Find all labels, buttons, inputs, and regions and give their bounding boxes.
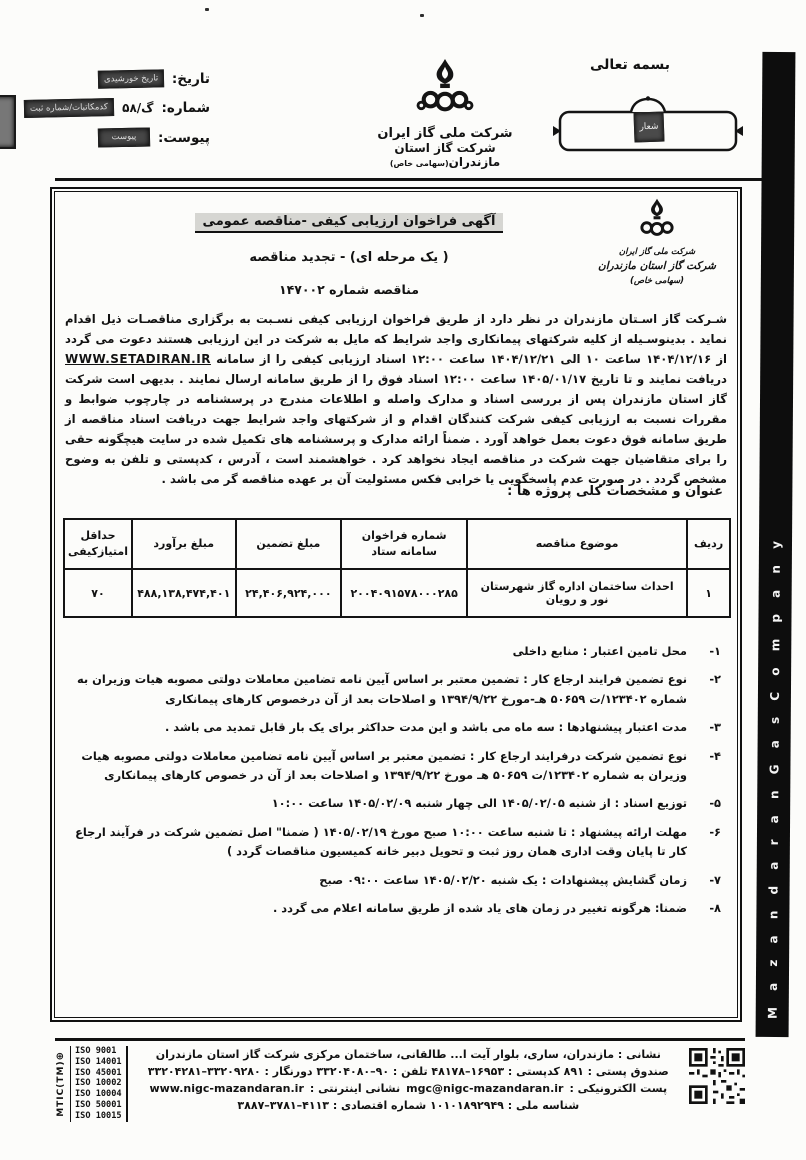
cell-min-score: ۷۰ [64, 569, 132, 617]
iso-item: ISO 14001 [75, 1057, 122, 1068]
header-fields: تاریخ: تاریخ خورشیدی شماره: گ/۵۸ کدمکاتب… [10, 70, 210, 158]
web-label: نشانی اینترنتی : [310, 1080, 400, 1097]
bismillah-text: بسمه تعالی [560, 57, 700, 73]
cell-estimate-amount: ۴۸۸,۱۳۸,۴۷۴,۴۰۱ [132, 569, 236, 617]
table-header-row: ردیف موضوع مناقصه شماره فراخوان سامانه س… [64, 519, 730, 569]
date-row: تاریخ: تاریخ خورشیدی [10, 70, 210, 88]
notice-body-paragraph: شـرکت گاز اسـتان مازندران در نظر دارد از… [65, 310, 727, 490]
footer-address: نشانی : مازندران، ساری، بلوار آیت ا... ط… [136, 1046, 681, 1063]
number-value: گ/۵۸ [122, 101, 153, 115]
number-row: شماره: گ/۵۸ کدمکاتبات/شماره ثبت [10, 99, 210, 117]
email-address: mgc@nigc-mazandaran.ir [406, 1080, 563, 1097]
iso-item: ISO 10015 [75, 1111, 122, 1122]
body-text-after-url: دریافت نمایند و تا تاریخ ۱۴۰۵/۰۱/۱۷ ساعت… [65, 372, 727, 486]
term-item-6: ۶-مهلت ارائه پیشنهاد : تا شنبه ساعت ۱۰:۰… [65, 823, 729, 862]
setadiran-url: WWW.SETADIRAN.IR [65, 352, 211, 366]
attachment-label: پیوست: [158, 130, 210, 146]
notice-subtitle: ( یک مرحله ای) - تجدید مناقصه [69, 250, 629, 265]
date-label: تاریخ: [172, 71, 210, 87]
footer-ids: شناسه ملی : ۱۰۱۰۱۸۹۲۹۴۹ شماره اقتصادی : … [136, 1097, 681, 1114]
iso-item: ISO 50001 [75, 1100, 122, 1111]
term-item-7: ۷-زمان گشایش پیشنهادات : یک شنبه ۱۴۰۵/۰۲… [65, 871, 729, 890]
nigc-flame-logo-small-icon [636, 198, 678, 242]
footer-contact-block: نشانی : مازندران، ساری، بلوار آیت ا... ط… [136, 1046, 681, 1114]
term-item-8: ۸-ضمنا: هرگونه تغییر در زمان های یاد شده… [65, 899, 729, 918]
col-subject: موضوع مناقصه [467, 519, 687, 569]
company-logo-block: شرکت ملی گاز ایران شرکت گاز استان مازندر… [360, 58, 530, 169]
col-setad-number: شماره فراخوان سامانه ستاد [341, 519, 467, 569]
iso-item: ISO 9001 [75, 1046, 122, 1057]
header-divider [55, 178, 762, 181]
scan-speck [205, 8, 209, 11]
web-address: www.nigc-mazandaran.ir [149, 1080, 303, 1097]
certifications-block: MTIC(TM)⊕ ISO 9001 ISO 14001 ISO 45001 I… [55, 1046, 128, 1122]
footer: MTIC(TM)⊕ ISO 9001 ISO 14001 ISO 45001 I… [55, 1038, 745, 1122]
date-stamp: تاریخ خورشیدی [98, 69, 165, 88]
scanned-tender-document: بسمه تعالی شعار شرکت ملی گاز ایران شرکت … [0, 0, 806, 1160]
scan-speck [420, 14, 424, 17]
slogan-cartouche: شعار [553, 96, 743, 158]
term-item-1: ۱-محل تامین اعتبار : منابع داخلی [65, 642, 729, 661]
cell-guarantee-amount: ۲۴,۴۰۶,۹۲۴,۰۰۰ [236, 569, 342, 617]
email-label: پست الکترونیکی : [569, 1080, 667, 1097]
qr-code [689, 1048, 745, 1104]
term-item-3: ۳-مدت اعتبار پیشنهادها : سه ماه می باشد … [65, 718, 729, 737]
cell-row-number: ۱ [687, 569, 730, 617]
projects-table: ردیف موضوع مناقصه شماره فراخوان سامانه س… [63, 518, 731, 618]
scan-edge-band: M a z a n d a r a n G a s C o m p a n y [756, 52, 796, 1037]
iso-item: ISO 45001 [75, 1068, 122, 1079]
attachment-stamp: پیوست [98, 127, 150, 147]
term-item-5: ۵-توزیع اسناد : از شنبه ۱۴۰۵/۰۲/۰۵ الی چ… [65, 794, 729, 813]
cell-subject: احداث ساختمان اداره گاز شهرستان نور و رو… [467, 569, 687, 617]
notice-box-inner: شرکت ملی گاز ایران شرکت گاز استان مازندر… [54, 191, 738, 1018]
number-label: شماره: [161, 100, 210, 116]
edge-registry-stamp [0, 95, 16, 149]
notice-titles: آگهی فراخوان ارزیابی کیفی -مناقصه عمومی … [69, 210, 629, 297]
notice-title: آگهی فراخوان ارزیابی کیفی -مناقصه عمومی [195, 213, 504, 233]
projects-table-wrap: ردیف موضوع مناقصه شماره فراخوان سامانه س… [63, 518, 731, 618]
number-stamp: کدمکاتبات/شماره ثبت [24, 98, 114, 118]
col-min-score: حداقل امتیازکیفی [64, 519, 132, 569]
col-guarantee-amount: مبلغ تضمین [236, 519, 342, 569]
tender-number: مناقصه شماره ۱۴۷۰۰۲ [69, 282, 629, 297]
iso-item: ISO 10004 [75, 1089, 122, 1100]
footer-online: پست الکترونیکی : mgc@nigc-mazandaran.ir … [136, 1080, 681, 1097]
slogan-stamp: شعار [633, 111, 664, 142]
term-item-4: ۴-نوع تضمین شرکت درفرایند ارجاع کار : تض… [65, 747, 729, 786]
globe-icon: ⊕ [55, 1051, 66, 1060]
footer-phones: صندوق پستی : ۸۹۱ کدپستی : ۱۶۹۵۳–۴۸۱۷۸ تل… [136, 1063, 681, 1080]
attachment-row: پیوست: پیوست [10, 128, 210, 147]
col-estimate-amount: مبلغ برآورد [132, 519, 236, 569]
company-name-primary: شرکت ملی گاز ایران [360, 126, 530, 141]
iso-list: ISO 9001 ISO 14001 ISO 45001 ISO 10002 I… [70, 1046, 128, 1122]
nigc-flame-logo-icon [416, 58, 474, 120]
table-row: ۱ احداث ساختمان اداره گاز شهرستان نور و … [64, 569, 730, 617]
iso-item: ISO 10002 [75, 1078, 122, 1089]
col-row-number: ردیف [687, 519, 730, 569]
cell-setad-number: ۲۰۰۴۰۹۱۵۷۸۰۰۰۲۸۵ [341, 569, 467, 617]
notice-box: شرکت ملی گاز ایران شرکت گاز استان مازندر… [50, 187, 742, 1022]
mtic-certifier-logo: MTIC(TM)⊕ [55, 1046, 66, 1122]
term-item-2: ۲-نوع تضمین فرایند ارجاع کار : تضمین معت… [65, 670, 729, 709]
terms-list: ۱-محل تامین اعتبار : منابع داخلی ۲-نوع ت… [65, 642, 729, 927]
side-band-company-text: M a z a n d a r a n G a s C o m p a n y [765, 535, 782, 1019]
projects-section-title: عنوان و مشخصات کلی پروژه ها : [507, 484, 723, 499]
company-name-secondary: شرکت گاز استان مازندران(سهامی خاص) [360, 141, 530, 169]
